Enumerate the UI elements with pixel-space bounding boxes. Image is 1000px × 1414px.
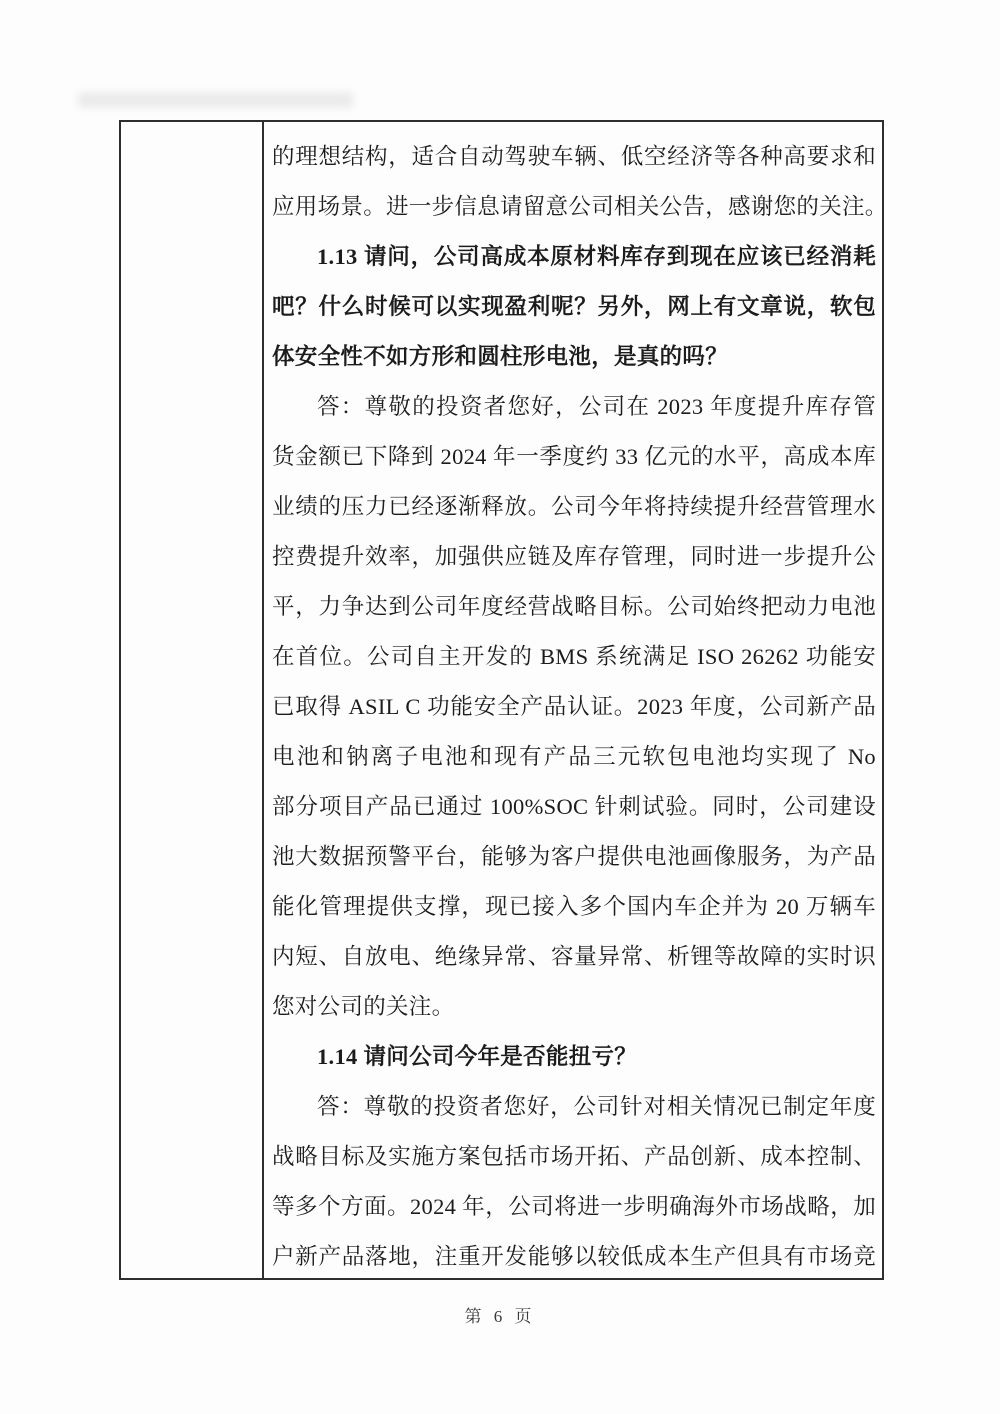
scan-artifact [78, 92, 353, 108]
text-line: 战略目标及实施方案包括市场开拓、产品创新、成本控制、盈利能力 [272, 1132, 876, 1182]
text-line: 的理想结构，适合自动驾驶车辆、低空经济等各种高要求和高附加值 [272, 132, 876, 182]
text-line: 户新产品落地，注重开发能够以较低成本生产但具有市场竞争力的产 [272, 1232, 876, 1278]
text-line: 答：尊敬的投资者您好，公司针对相关情况已制定年度经营战略， [272, 1082, 876, 1132]
text-line: 您对公司的关注。 [272, 982, 876, 1032]
text-line: 能化管理提供支撑，现已接入多个国内车企并为 20 万辆车提供电池 [272, 882, 876, 932]
text-line: 控费提升效率，加强供应链及库存管理，同时进一步提升公司治理水 [272, 532, 876, 582]
text-line: 1.14 请问公司今年是否能扭亏？ [272, 1032, 876, 1082]
text-line: 应用场景。进一步信息请留意公司相关公告，感谢您的关注。 [272, 182, 876, 232]
text-line: 已取得 ASIL C 功能安全产品认证。2023 年度，公司新产品磷酸铁锂 [272, 682, 876, 732]
text-line: 货金额已下降到 2024 年一季度约 33 亿元的水平，高成本库存对往后 [272, 432, 876, 482]
text-line: 业绩的压力已经逐渐释放。公司今年将持续提升经营管理水平，降本 [272, 482, 876, 532]
text-line: 体安全性不如方形和圆柱形电池，是真的吗？ [272, 332, 876, 382]
text-line: 平，力争达到公司年度经营战略目标。公司始终把动力电池安全性放 [272, 582, 876, 632]
text-line: 1.13 请问，公司高成本原材料库存到现在应该已经消耗完了 [272, 232, 876, 282]
document-table: 的理想结构，适合自动驾驶车辆、低空经济等各种高要求和高附加值应用场景。进一步信息… [119, 120, 884, 1280]
text-line: 电池和钠离子电池和现有产品三元软包电池均实现了 No TP。其中， [272, 732, 876, 782]
page-number: 第 6 页 [0, 1302, 1000, 1327]
text-line: 在首位。公司自主开发的 BMS 系统满足 ISO 26262 功能安全标准， [272, 632, 876, 682]
text-line: 答：尊敬的投资者您好，公司在 2023 年度提升库存管理水平，存 [272, 382, 876, 432]
table-left-cell [121, 122, 264, 1278]
text-line: 内短、自放电、绝缘异常、容量异常、析锂等故障的实时识别。感谢 [272, 932, 876, 982]
text-line: 池大数据预警平台，能够为客户提供电池画像服务，为产品开发和智 [272, 832, 876, 882]
text-line: 吧？什么时候可以实现盈利呢？另外，网上有文章说，软包装电池整 [272, 282, 876, 332]
table-content-cell: 的理想结构，适合自动驾驶车辆、低空经济等各种高要求和高附加值应用场景。进一步信息… [264, 122, 882, 1278]
text-line: 等多个方面。2024 年，公司将进一步明确海外市场战略，加快国内客 [272, 1182, 876, 1232]
text-line: 部分项目产品已通过 100%SOC 针刺试验。同时，公司建设了动力电 [272, 782, 876, 832]
